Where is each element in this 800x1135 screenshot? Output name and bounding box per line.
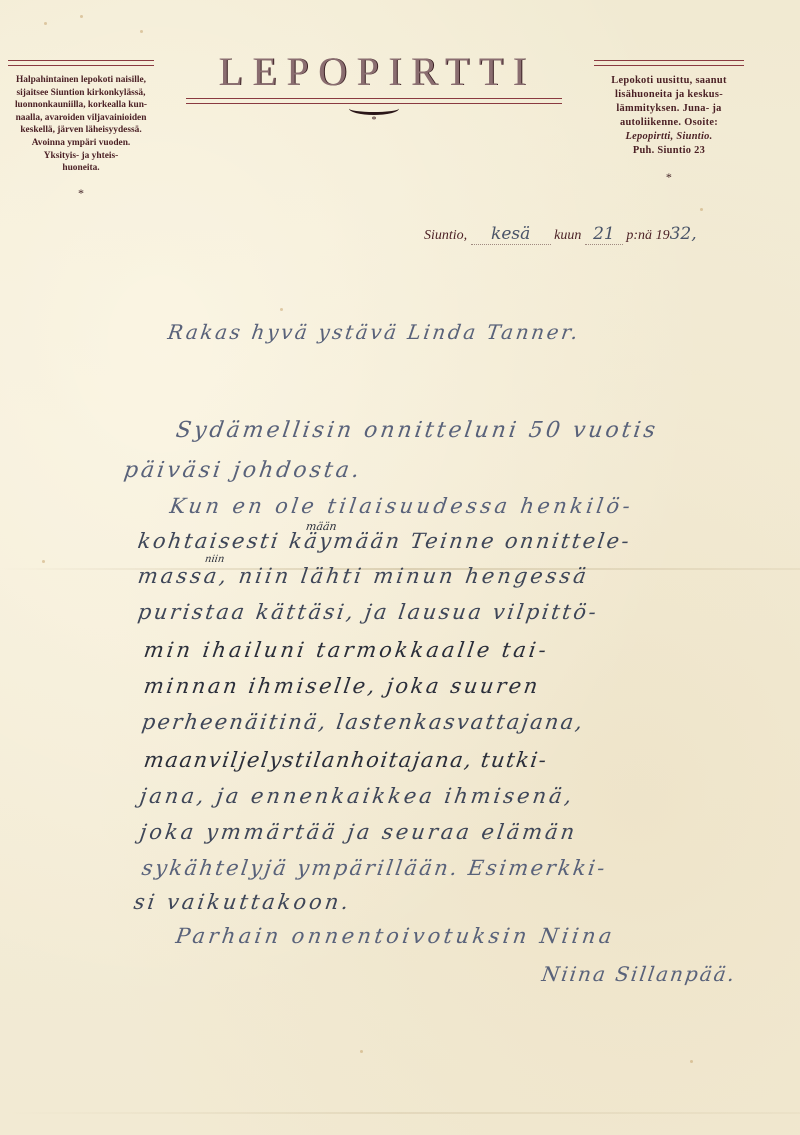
inserted-word: mään <box>305 520 337 533</box>
letterhead-address: Lepopirtti, Siuntio. <box>594 130 744 144</box>
letter-page: Halpahintainen lepokoti naisille, sijait… <box>0 0 800 1135</box>
paper-speck <box>360 1050 363 1053</box>
letter-salutation: Rakas hyvä ystävä Linda Tanner. <box>166 320 582 344</box>
letter-line: maanviljelystilanhoitajana, tutki- <box>142 748 549 772</box>
dateline: Siuntio, kesä kuun 21 p:nä 1932, <box>424 224 697 245</box>
dateline-day-suffix: p:nä <box>626 228 652 243</box>
letterhead-rule <box>8 60 154 66</box>
letter-line: sykähtelyjä ympärillään. Esimerkki- <box>140 856 608 880</box>
paper-speck <box>280 308 283 311</box>
dateline-month-suffix: kuun <box>554 228 581 243</box>
letterhead-title-block: LEPOPIRTTI * <box>186 52 562 126</box>
letterhead-title: LEPOPIRTTI <box>192 52 562 92</box>
dateline-day: 21 <box>593 224 615 244</box>
paper-speck <box>690 1060 693 1063</box>
paper-fold <box>0 1112 800 1114</box>
letter-line: joka ymmärtää ja seuraa elämän <box>138 820 579 844</box>
asterisk-ornament-icon: * <box>594 170 744 184</box>
letterhead-left-line: Avoinna ympäri vuoden. <box>8 137 154 150</box>
letterhead-left-line: luonnonkauniilla, korkealla kun- <box>8 99 154 112</box>
letterhead-rule <box>594 60 744 66</box>
letterhead-left-line: sijaitsee Siuntion kirkonkylässä, <box>8 87 154 100</box>
letterhead-right-line: lämmityksen. Juna- ja <box>594 102 744 116</box>
swash-ornament-icon <box>349 102 399 115</box>
letterhead-left-line: Yksityis- ja yhteis- <box>8 150 154 163</box>
asterisk-ornament-icon: * <box>8 187 154 200</box>
letterhead-right-block: Lepokoti uusittu, saanut lisähuoneita ja… <box>594 60 744 184</box>
dateline-punctuation: , <box>691 224 696 244</box>
letterhead-phone: Puh. Siuntio 23 <box>594 144 744 158</box>
paper-speck <box>42 560 45 563</box>
paper-speck <box>700 208 703 211</box>
dateline-year-handwritten: 32 <box>670 224 692 244</box>
paper-speck <box>80 15 83 18</box>
letterhead-left-line: Halpahintainen lepokoti naisille, <box>8 74 154 87</box>
letterhead-left-line: huoneita. <box>8 162 154 175</box>
letter-line: kohtaisesti käymään Teinne onnittele- <box>136 529 632 553</box>
letter-closing: Parhain onnentoivotuksin Niina <box>174 924 616 948</box>
letter-line: Sydämellisin onnitteluni 50 vuotis <box>174 418 659 443</box>
letter-line: minnan ihmiselle, joka suuren <box>142 674 541 698</box>
paper-speck <box>44 22 47 25</box>
paper-speck <box>140 30 143 33</box>
letter-line: puristaa kättäsi, ja lausua vilpittö- <box>136 600 600 624</box>
letterhead-left-line: naalla, avaroiden viljavainioiden <box>8 112 154 125</box>
letter-line: päiväsi johdosta. <box>122 458 363 483</box>
letterhead-left-block: Halpahintainen lepokoti naisille, sijait… <box>8 60 154 199</box>
letter-signature: Niina Sillanpää. <box>540 962 738 986</box>
letter-line: Kun en ole tilaisuudessa henkilö- <box>168 494 635 518</box>
letter-line: jana, ja ennenkaikkea ihmisenä, <box>138 784 576 808</box>
dateline-month: kesä <box>491 224 530 244</box>
letterhead-right-line: Lepokoti uusittu, saanut <box>594 74 744 88</box>
dateline-place: Siuntio, <box>424 228 467 243</box>
letterhead-right-line: autoliikenne. Osoite: <box>594 116 744 130</box>
asterisk-ornament-icon: * <box>186 115 562 126</box>
letter-line: min ihailuni tarmokkaalle tai- <box>142 638 550 662</box>
letter-line: perheenäitinä, lastenkasvattajana, <box>140 710 586 734</box>
dateline-year-printed: 19 <box>656 228 670 243</box>
letter-line: massa, niin lähti minun hengessä <box>136 564 590 588</box>
letter-line-text: kohtaisesti käymään Teinne onnittele- <box>136 529 632 553</box>
letterhead-right-line: lisähuoneita ja keskus- <box>594 88 744 102</box>
inserted-word: niin <box>204 554 225 565</box>
letterhead-left-line: keskellä, järven läheisyydessä. <box>8 124 154 137</box>
letter-line: si vaikuttakoon. <box>132 890 353 914</box>
